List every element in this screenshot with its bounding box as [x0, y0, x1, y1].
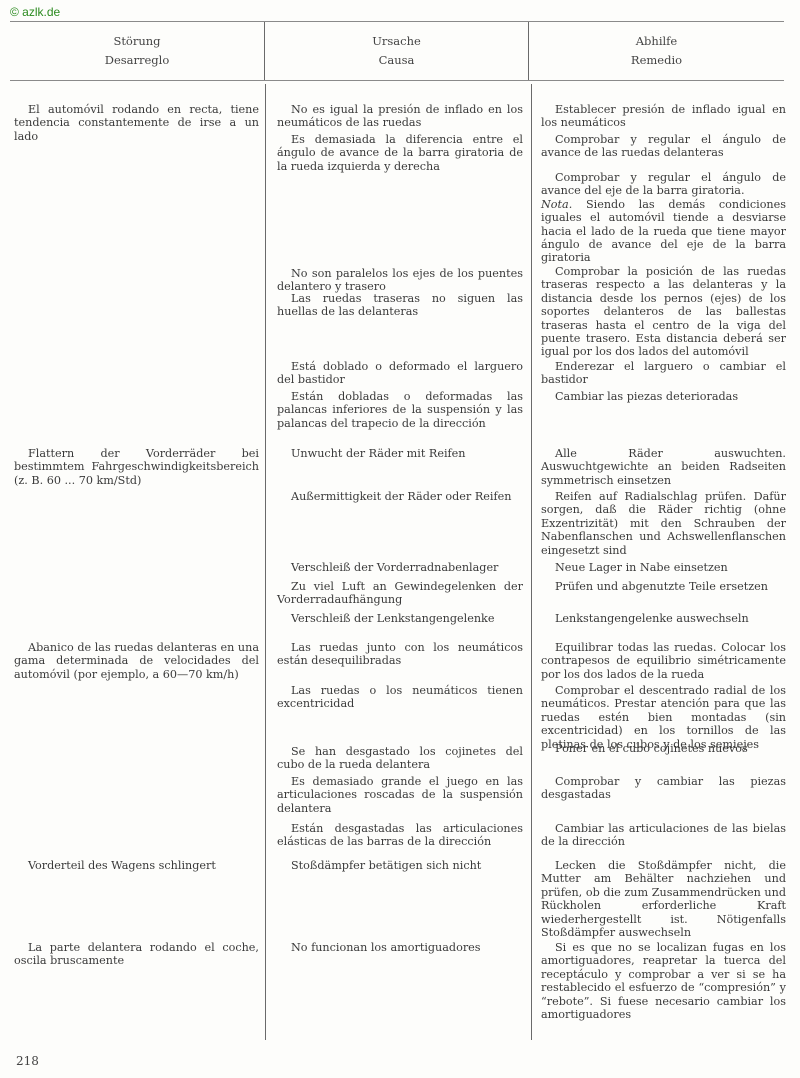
table-cell-cause: No es igual la presión de inflado en los… — [277, 103, 523, 130]
table-cell-remedy: Comprobar y regular el ángulo de avance … — [541, 171, 786, 265]
header-bottom-rule — [10, 80, 784, 81]
header-remedy: Abhilfe Remedio — [529, 32, 784, 70]
cell-text: Vorderteil des Wagens schlingert — [28, 859, 216, 872]
cell-text: Comprobar y regular el ángulo de avance … — [541, 171, 786, 197]
cell-text: Están desgastadas las articulaciones elá… — [277, 822, 523, 848]
header-cause-es: Causa — [265, 51, 528, 70]
header-cause-de: Ursache — [265, 32, 528, 51]
cell-text: Establecer presión de inflado igual en l… — [541, 103, 786, 129]
table-cell-remedy: Comprobar y cambiar las piezas desgastad… — [541, 775, 786, 802]
cell-text: Cambiar las piezas deterioradas — [555, 390, 738, 403]
table-cell-remedy: Poner en el cubo cojinetes nuevos — [541, 742, 786, 755]
table-cell-remedy: Enderezar el larguero o cambiar el basti… — [541, 360, 786, 387]
cell-text: Verschleiß der Vorderradnabenlager — [291, 561, 498, 574]
table-cell-fault: Abanico de las ruedas delanteras en una … — [14, 641, 259, 681]
header-fault: Störung Desarreglo — [10, 32, 264, 70]
table-cell-cause: Las ruedas traseras no siguen las huella… — [277, 292, 523, 319]
cell-text: Si es que no se localizan fugas en los a… — [541, 941, 786, 1021]
cell-text: Se han desgastado los cojinetes del cubo… — [277, 745, 523, 771]
cell-text: Está doblado o deformado el larguero del… — [277, 360, 523, 386]
cell-text: Es demasiada la diferencia entre el ángu… — [277, 133, 523, 173]
table-cell-cause: Es demasiada la diferencia entre el ángu… — [277, 133, 523, 173]
cell-text: La parte delantera rodando el coche, osc… — [14, 941, 259, 967]
cell-text: Zu viel Luft an Gewindegelenken der Vord… — [277, 580, 523, 606]
cell-text: Enderezar el larguero o cambiar el basti… — [541, 360, 786, 386]
header-remedy-es: Remedio — [529, 51, 784, 70]
table-cell-cause: Están dobladas o deformadas las palancas… — [277, 390, 523, 430]
table-cell-remedy: Lenkstangengelenke auswechseln — [541, 612, 786, 625]
table-cell-cause: Es demasiado grande el juego en las arti… — [277, 775, 523, 815]
table-cell-remedy: Establecer presión de inflado igual en l… — [541, 103, 786, 130]
note-label: Nota. — [541, 198, 572, 211]
table-cell-cause: Está doblado o deformado el larguero del… — [277, 360, 523, 387]
cell-text: Außermittigkeit der Räder oder Reifen — [291, 490, 511, 503]
cell-text: Stoßdämpfer betätigen sich nicht — [291, 859, 481, 872]
cell-text: Equilibrar todas las ruedas. Colocar los… — [541, 641, 786, 681]
table-cell-fault: La parte delantera rodando el coche, osc… — [14, 941, 259, 968]
table-cell-remedy: Comprobar el descentrado radial de los n… — [541, 684, 786, 751]
header-fault-de: Störung — [10, 32, 264, 51]
table-cell-remedy: Cambiar las articulaciones de las bielas… — [541, 822, 786, 849]
cell-text: Prüfen und abgenutzte Teile ersetzen — [555, 580, 768, 593]
cell-text: Es demasiado grande el juego en las arti… — [277, 775, 523, 815]
note-text: Siendo las demás condiciones iguales el … — [541, 198, 786, 265]
cell-text: Verschleiß der Lenkstangengelenke — [291, 612, 494, 625]
cell-text: Comprobar y cambiar las piezas desgastad… — [541, 775, 786, 801]
page-number: 218 — [16, 1054, 39, 1068]
table-cell-cause: Las ruedas junto con los neumáticos está… — [277, 641, 523, 668]
table-cell-remedy: Reifen auf Radialschlag prüfen. Dafür so… — [541, 490, 786, 557]
column-divider-2-body — [531, 84, 532, 1040]
table-cell-cause: Stoßdämpfer betätigen sich nicht — [277, 859, 523, 872]
table-cell-remedy: Alle Räder auswuchten. Auswuchtgewichte … — [541, 447, 786, 487]
watermark: © azlk.de — [10, 5, 60, 19]
table-cell-cause: No funcionan los amortiguadores — [277, 941, 523, 954]
header-remedy-de: Abhilfe — [529, 32, 784, 51]
table-cell-remedy: Equilibrar todas las ruedas. Colocar los… — [541, 641, 786, 681]
cell-text: No es igual la presión de inflado en los… — [277, 103, 523, 129]
table-cell-cause: No son paralelos los ejes de los puentes… — [277, 267, 523, 294]
table-cell-cause: Están desgastadas las articulaciones elá… — [277, 822, 523, 849]
cell-text: El automóvil rodando en recta, tiene ten… — [14, 103, 259, 143]
table-cell-cause: Unwucht der Räder mit Reifen — [277, 447, 523, 460]
cell-text: Abanico de las ruedas delanteras en una … — [14, 641, 259, 681]
table-cell-fault: El automóvil rodando en recta, tiene ten… — [14, 103, 259, 143]
cell-text: Comprobar el descentrado radial de los n… — [541, 684, 786, 751]
cell-text: Comprobar y regular el ángulo de avance … — [541, 133, 786, 159]
header-fault-es: Desarreglo — [10, 51, 264, 70]
table-cell-fault: Flattern der Vorderräder bei bestimmtem … — [14, 447, 259, 487]
table-cell-cause: Se han desgastado los cojinetes del cubo… — [277, 745, 523, 772]
cell-text: Unwucht der Räder mit Reifen — [291, 447, 466, 460]
cell-text: Cambiar las articulaciones de las bielas… — [541, 822, 786, 848]
cell-text: Poner en el cubo cojinetes nuevos — [555, 742, 748, 755]
table-cell-fault: Vorderteil des Wagens schlingert — [14, 859, 259, 872]
table-cell-remedy: Lecken die Stoßdämpfer nicht, die Mutter… — [541, 859, 786, 939]
cell-text: No funcionan los amortiguadores — [291, 941, 481, 954]
table-cell-remedy: Comprobar la posición de las ruedas tras… — [541, 265, 786, 359]
table-cell-cause: Verschleiß der Lenkstangengelenke — [277, 612, 523, 625]
cell-text: Lecken die Stoßdämpfer nicht, die Mutter… — [541, 859, 786, 939]
table-cell-remedy: Cambiar las piezas deterioradas — [541, 390, 786, 403]
cell-text: Comprobar la posición de las ruedas tras… — [541, 265, 786, 358]
cell-text: Las ruedas junto con los neumáticos está… — [277, 641, 523, 667]
cell-text: Lenkstangengelenke auswechseln — [555, 612, 749, 625]
table-cell-remedy: Si es que no se localizan fugas en los a… — [541, 941, 786, 1021]
table-cell-remedy: Prüfen und abgenutzte Teile ersetzen — [541, 580, 786, 593]
header-cause: Ursache Causa — [265, 32, 528, 70]
table-cell-cause: Zu viel Luft an Gewindegelenken der Vord… — [277, 580, 523, 607]
cell-text: Las ruedas o los neumáticos tienen excen… — [277, 684, 523, 710]
cell-text: Alle Räder auswuchten. Auswuchtgewichte … — [541, 447, 786, 487]
cell-text: Flattern der Vorderräder bei bestimmtem … — [14, 447, 259, 487]
column-divider-1-body — [265, 84, 266, 1040]
cell-text: Reifen auf Radialschlag prüfen. Dafür so… — [541, 490, 786, 557]
table-cell-remedy: Neue Lager in Nabe einsetzen — [541, 561, 786, 574]
table-cell-remedy: Comprobar y regular el ángulo de avance … — [541, 133, 786, 160]
table-top-rule — [10, 21, 784, 22]
cell-text: Neue Lager in Nabe einsetzen — [555, 561, 728, 574]
cell-text: Las ruedas traseras no siguen las huella… — [277, 292, 523, 318]
table-cell-cause: Außermittigkeit der Räder oder Reifen — [277, 490, 523, 503]
cell-text: No son paralelos los ejes de los puentes… — [277, 267, 523, 293]
table-cell-cause: Las ruedas o los neumáticos tienen excen… — [277, 684, 523, 711]
table-cell-cause: Verschleiß der Vorderradnabenlager — [277, 561, 523, 574]
cell-text: Están dobladas o deformadas las palancas… — [277, 390, 523, 430]
